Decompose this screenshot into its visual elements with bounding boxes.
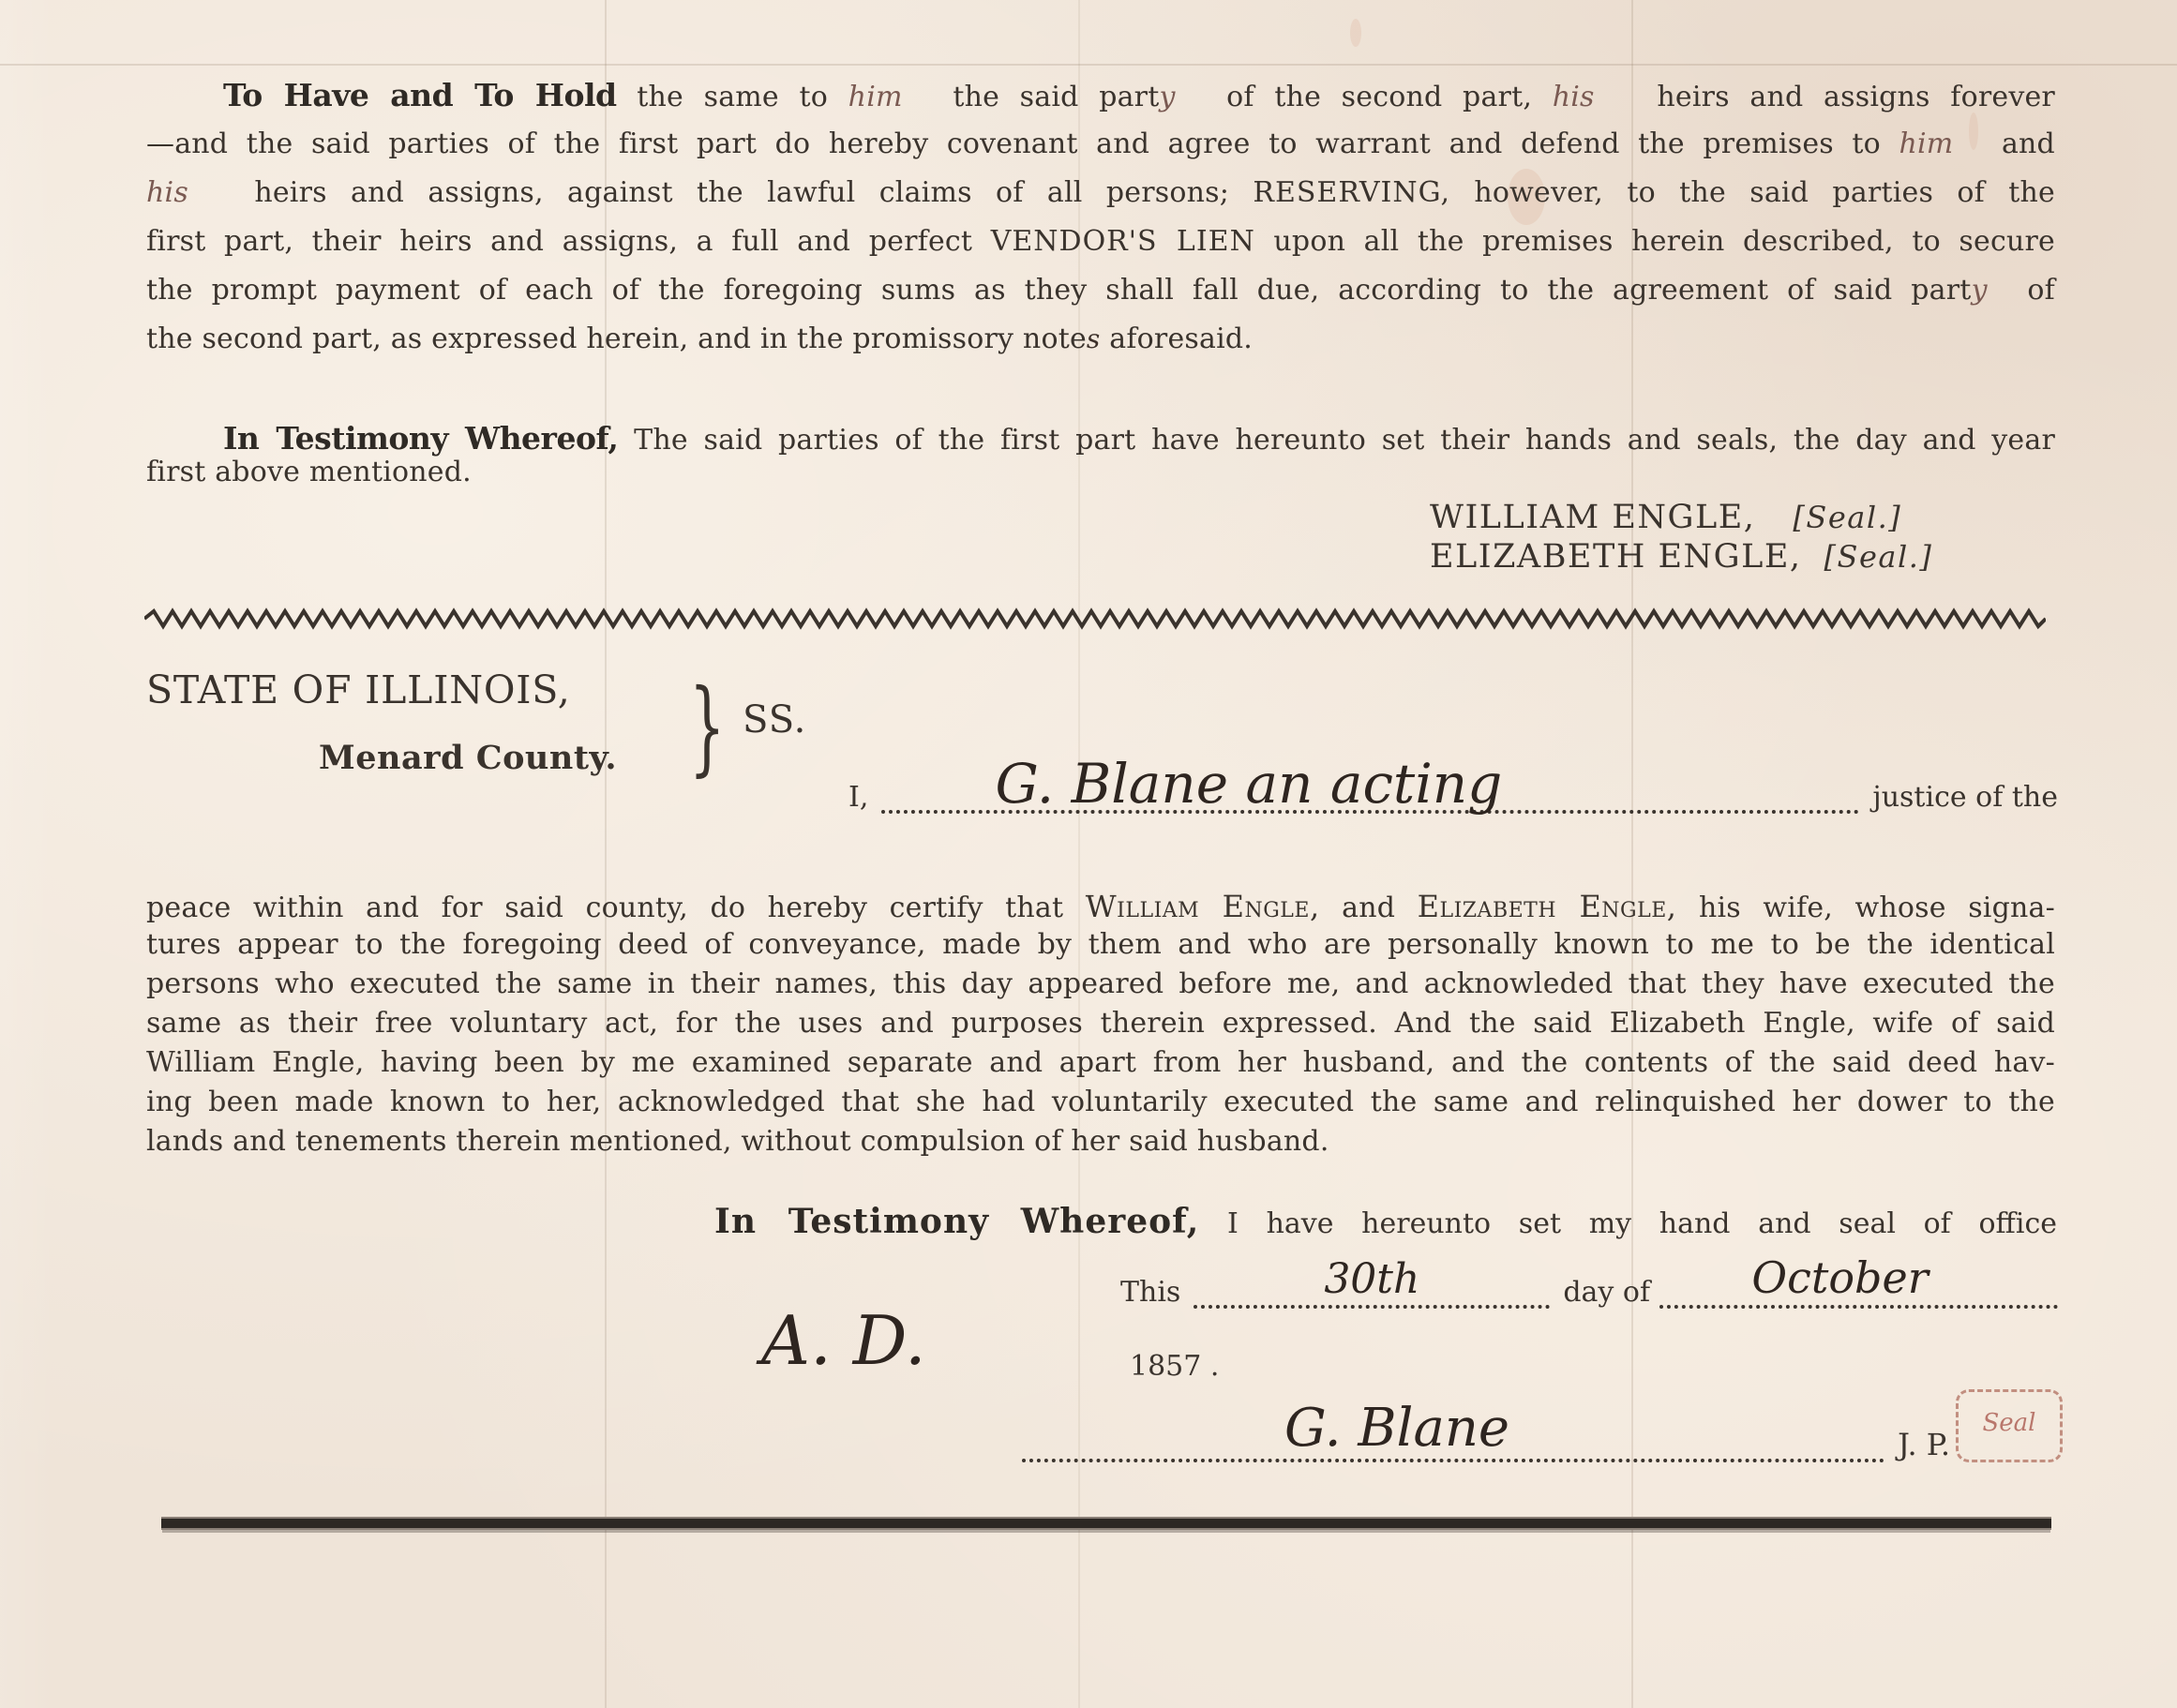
handwritten-fill: y <box>1972 274 2009 307</box>
officer-signature-line: G. Blane J. P. Seal <box>1022 1389 2063 1462</box>
text: of the second part, <box>1226 81 1532 113</box>
bottom-rule <box>161 1517 2051 1530</box>
text-caps: VENDOR'S LIEN <box>991 225 1255 258</box>
signature-field: G. Blane <box>1022 1421 1884 1462</box>
party-name: Elizabeth Engle, <box>1418 889 1677 924</box>
text: justice of the <box>1872 781 2058 814</box>
text: the second part, as expressed herein, an… <box>146 322 1087 355</box>
text: and <box>1342 891 1395 924</box>
handwritten-fill: his <box>1553 81 1637 113</box>
testimony-heading: In Testimony Whereof, <box>223 420 618 457</box>
ack-line-3: persons who executed the same in their n… <box>146 967 2055 1000</box>
text: first above mentioned. <box>146 456 472 488</box>
text: heirs and assigns forever <box>1657 81 2055 113</box>
ack-line-5: William Engle, having been by me examine… <box>146 1046 2055 1079</box>
text: heirs and assigns, against the lawful cl… <box>254 176 1229 209</box>
date-line: This 30th day of October <box>1120 1275 2058 1309</box>
text: the said part <box>953 81 1159 113</box>
habendum-line-2: —and the said parties of the first part … <box>146 127 2055 160</box>
handwritten-fill: y <box>1159 81 1206 113</box>
officer-testimony-line: In Testimony Whereof, I have hereunto se… <box>714 1202 2057 1241</box>
text: first part, their heirs and assigns, a f… <box>146 225 972 258</box>
seal-stamp-icon: Seal <box>1956 1389 2063 1462</box>
ack-line-6: ing been made known to her, acknowledged… <box>146 1086 2055 1118</box>
text: This <box>1120 1276 1180 1309</box>
handwritten-anno-domini: A. D. <box>761 1301 926 1380</box>
ack-line-4: same as their free voluntary act, for th… <box>146 1007 2055 1040</box>
handwritten-officer-name: G. Blane an acting <box>638 752 1859 816</box>
handwritten-day: 30th <box>1194 1255 1550 1303</box>
habendum-line-5: the prompt payment of each of the forego… <box>146 274 2055 307</box>
party-name: William Engle, <box>1086 889 1320 924</box>
testimony-heading: In Testimony Whereof, <box>714 1202 1199 1241</box>
grantor-testimony-line-1: In Testimony Whereof, The said parties o… <box>146 420 2055 457</box>
seal-label: [Seal.] <box>1824 539 1933 575</box>
year-text: 1857 . <box>1130 1350 1219 1383</box>
venue-county: Menard County. <box>319 739 617 777</box>
deed-page: To Have and To Hold the same to him the … <box>0 0 2177 1708</box>
handwritten-fill: his <box>146 176 231 209</box>
text: his wife, whose signa- <box>1699 891 2055 924</box>
text: aforesaid. <box>1109 322 1253 355</box>
text: the same to <box>637 81 828 113</box>
signer-name: ELIZABETH ENGLE, <box>1430 538 1802 576</box>
wavy-divider <box>144 607 2046 630</box>
text: The said parties of the first part have … <box>634 424 2055 457</box>
handwritten-month: October <box>1622 1252 2058 1303</box>
ack-line-7: lands and tenements therein mentioned, w… <box>146 1125 2055 1158</box>
ack-line-1: peace within and for said county, do her… <box>146 889 2055 924</box>
ack-line-2: tures appear to the foregoing deed of co… <box>146 928 2055 961</box>
venue-ss: SS. <box>743 698 806 742</box>
text: peace within and for said county, do her… <box>146 891 1063 924</box>
seal-label: [Seal.] <box>1793 500 1901 535</box>
text: of <box>2027 274 2055 307</box>
signer-name: WILLIAM ENGLE, <box>1430 499 1755 536</box>
fold-crease-horizontal <box>0 64 2177 66</box>
venue-state: STATE OF ILLINOIS, <box>146 667 571 712</box>
habendum-heading: To Have and To Hold <box>223 77 617 113</box>
officer-name-field: G. Blane an acting <box>881 778 1859 814</box>
text-caps: RESERVING, <box>1253 176 1450 209</box>
text: and <box>2002 127 2055 160</box>
text: —and the said parties of the first part … <box>146 127 1881 160</box>
officer-line: I, G. Blane an acting justice of the <box>848 778 2058 814</box>
handwritten-fill: him <box>1899 127 1983 160</box>
handwritten-fill: him <box>848 81 933 113</box>
day-field: 30th <box>1194 1275 1550 1309</box>
signature-elizabeth-engle: ELIZABETH ENGLE,[Seal.] <box>1430 538 1932 576</box>
text: however, to the said parties of the <box>1474 176 2055 209</box>
month-field: October <box>1659 1275 2058 1309</box>
grantor-testimony-line-2: first above mentioned. <box>146 456 2055 488</box>
habendum-line-4: first part, their heirs and assigns, a f… <box>146 225 2055 258</box>
habendum-line-1: To Have and To Hold the same to him the … <box>146 77 2055 113</box>
handwritten-fill: s <box>1087 323 1101 354</box>
handwritten-signature: G. Blane <box>909 1398 1884 1459</box>
officer-title: J. P. <box>1898 1427 1950 1462</box>
paper-stain <box>1350 19 1361 47</box>
signature-william-engle: WILLIAM ENGLE,[Seal.] <box>1430 499 1901 536</box>
text: I have hereunto set my hand and seal of … <box>1227 1207 2057 1240</box>
text: the prompt payment of each of the forego… <box>146 274 1972 307</box>
text: upon all the premises herein described, … <box>1273 225 2055 258</box>
habendum-line-3: his heirs and assigns, against the lawfu… <box>146 176 2055 209</box>
habendum-line-6: the second part, as expressed herein, an… <box>146 322 2055 355</box>
